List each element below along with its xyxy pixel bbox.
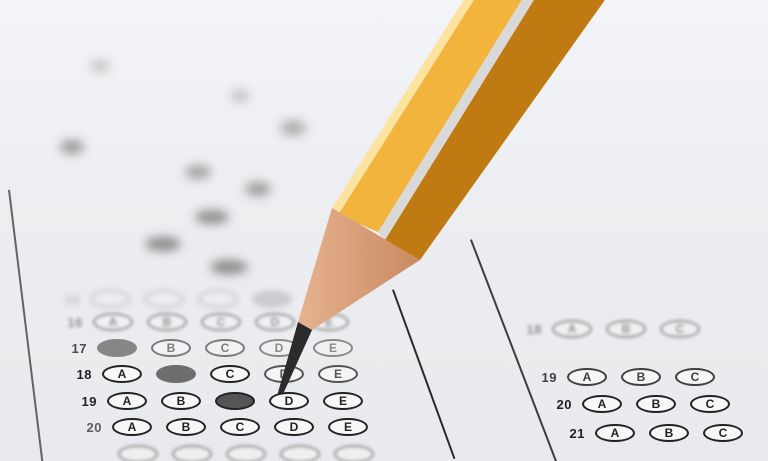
bubble-e[interactable]: E: [328, 418, 368, 436]
bubble-a[interactable]: A: [582, 395, 622, 413]
bubble-a[interactable]: A: [107, 392, 147, 410]
bubble-e[interactable]: E: [309, 313, 349, 331]
bubble-b[interactable]: B: [621, 368, 661, 386]
bubble-b[interactable]: B: [166, 418, 206, 436]
answer-row-19: 19 A B C D E: [67, 392, 377, 410]
answer-row-20: 20 A B C D E: [72, 418, 382, 436]
bubble-d[interactable]: D: [255, 313, 295, 331]
bubble-d[interactable]: D: [269, 392, 309, 410]
bubble-c[interactable]: C: [205, 339, 245, 357]
right-answer-row-18: 18 A B C: [512, 320, 714, 338]
bubble-c-being-filled[interactable]: C: [215, 392, 255, 410]
bubble-b-filled[interactable]: B: [156, 365, 196, 383]
question-number: 21: [555, 426, 585, 441]
bubble-d[interactable]: D: [274, 418, 314, 436]
bubble-b[interactable]: B: [147, 313, 187, 331]
bubble-b[interactable]: B: [161, 392, 201, 410]
answer-row-18: 18 A B C D E: [62, 365, 372, 383]
question-number: 20: [72, 420, 102, 435]
bubble-a[interactable]: A: [595, 424, 635, 442]
bubble-c[interactable]: C: [690, 395, 730, 413]
answer-sheet-photo: 15 16 A B C D E 17 A B C D E 18 A B C D …: [0, 0, 768, 461]
answer-row-21-partial: [78, 445, 388, 461]
bubble-a[interactable]: A: [102, 365, 142, 383]
right-answer-row-19: 19 A B C: [527, 368, 729, 386]
bubble-e[interactable]: E: [313, 339, 353, 357]
bubble-c[interactable]: C: [703, 424, 743, 442]
answer-row-16: 16 A B C D E: [53, 313, 363, 331]
question-number: 18: [62, 367, 92, 382]
bubble-e[interactable]: E: [318, 365, 358, 383]
bubble-d[interactable]: D: [259, 339, 299, 357]
answer-row-faded: 15: [50, 290, 306, 308]
bubble-d[interactable]: D: [264, 365, 304, 383]
bubble-a[interactable]: A: [93, 313, 133, 331]
question-number: 18: [512, 322, 542, 337]
answer-row-17: 17 A B C D E: [57, 339, 367, 357]
right-answer-row-20: 20 A B C: [542, 395, 744, 413]
bubble-c[interactable]: C: [675, 368, 715, 386]
bubble-c[interactable]: C: [210, 365, 250, 383]
question-number: 19: [527, 370, 557, 385]
bubble-c[interactable]: C: [201, 313, 241, 331]
question-number: 17: [57, 341, 87, 356]
question-number: 16: [53, 315, 83, 330]
bubble-b[interactable]: B: [649, 424, 689, 442]
bubble-c[interactable]: C: [220, 418, 260, 436]
question-number: 19: [67, 394, 97, 409]
question-number: 20: [542, 397, 572, 412]
bubble-b[interactable]: B: [151, 339, 191, 357]
bubble-a[interactable]: A: [552, 320, 592, 338]
bubble-b[interactable]: B: [606, 320, 646, 338]
bubble-e[interactable]: E: [323, 392, 363, 410]
right-answer-row-21: 21 A B C: [555, 424, 757, 442]
bubble-a-filled[interactable]: A: [97, 339, 137, 357]
bubble-b[interactable]: B: [636, 395, 676, 413]
bubble-a[interactable]: A: [112, 418, 152, 436]
bubble-a[interactable]: A: [567, 368, 607, 386]
bubble-c[interactable]: C: [660, 320, 700, 338]
